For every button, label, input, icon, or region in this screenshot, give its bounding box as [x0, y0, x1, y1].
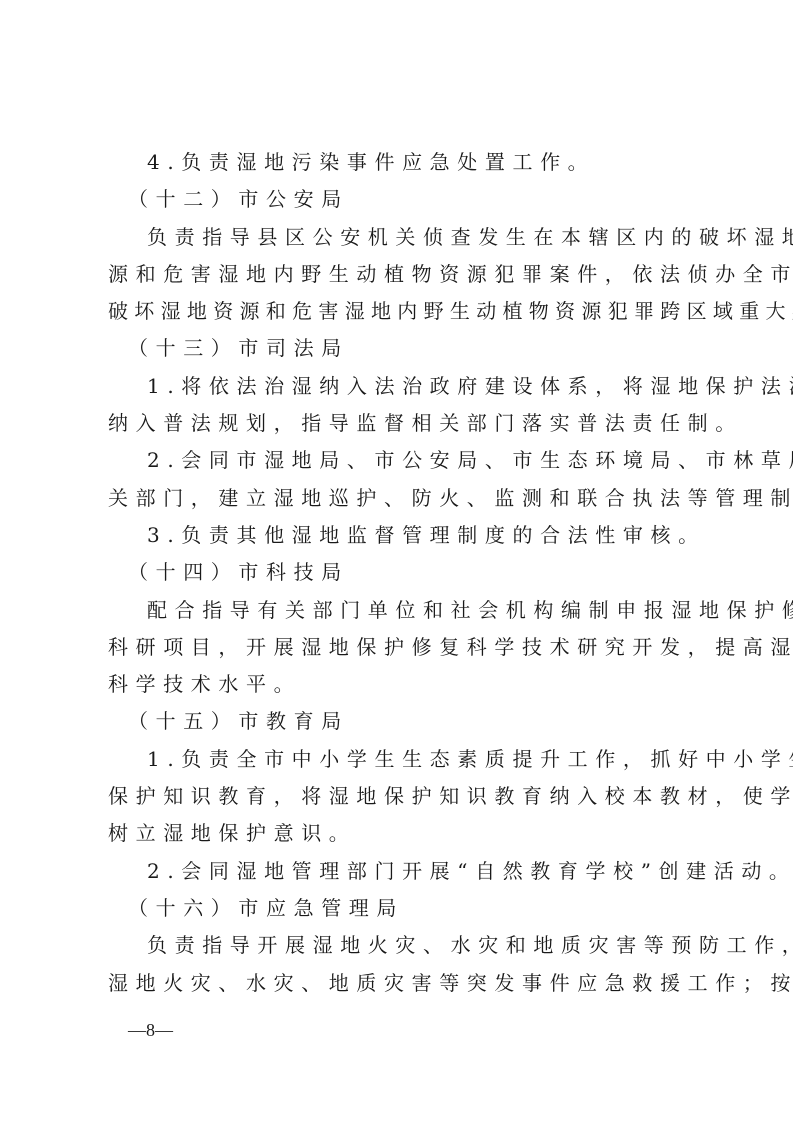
section-heading-science-technology: （十四）市科技局 — [108, 554, 698, 591]
paragraph-line: 科研项目，开展湿地保护修复科学技术研究开发，提高湿地保护 — [108, 629, 698, 666]
paragraph-line: 关部门，建立湿地巡护、防火、监测和联合执法等管理制度。 — [108, 480, 698, 517]
paragraph-line: 负责指导开展湿地火灾、水灾和地质灾害等预防工作，协调 — [108, 927, 698, 964]
section-heading-public-security: （十二）市公安局 — [108, 181, 698, 218]
paragraph-line: 科学技术水平。 — [108, 666, 698, 703]
list-item-pollution-emergency: 4.负责湿地污染事件应急处置工作。 — [108, 144, 698, 181]
page-number: —8— — [128, 1020, 173, 1041]
paragraph-line: 树立湿地保护意识。 — [108, 815, 698, 852]
document-page: 4.负责湿地污染事件应急处置工作。 （十二）市公安局 负责指导县区公安机关侦查发… — [0, 0, 793, 1122]
paragraph-line: 纳入普法规划，指导监督相关部门落实普法责任制。 — [108, 405, 698, 442]
paragraph-line: 保护知识教育，将湿地保护知识教育纳入校本教材，使学生从小 — [108, 778, 698, 815]
paragraph-line: 1.负责全市中小学生生态素质提升工作，抓好中小学生湿地 — [108, 741, 698, 778]
paragraph-line: 源和危害湿地内野生动植物资源犯罪案件，依法侦办全市辖区内 — [108, 256, 698, 293]
paragraph-line: 2.会同湿地管理部门开展“自然教育学校”创建活动。 — [108, 853, 698, 890]
section-heading-education: （十五）市教育局 — [108, 703, 698, 740]
paragraph-line: 1.将依法治湿纳入法治政府建设体系，将湿地保护法治宣传 — [108, 368, 698, 405]
paragraph-line: 破坏湿地资源和危害湿地内野生动植物资源犯罪跨区域重大案件。 — [108, 293, 698, 330]
document-body: 4.负责湿地污染事件应急处置工作。 （十二）市公安局 负责指导县区公安机关侦查发… — [108, 144, 698, 1002]
section-heading-justice: （十三）市司法局 — [108, 330, 698, 367]
paragraph-line: 配合指导有关部门单位和社会机构编制申报湿地保护修复 — [108, 592, 698, 629]
section-heading-emergency-management: （十六）市应急管理局 — [108, 890, 698, 927]
paragraph-line: 3.负责其他湿地监督管理制度的合法性审核。 — [108, 517, 698, 554]
paragraph-line: 2.会同市湿地局、市公安局、市生态环境局、市林草局等相 — [108, 442, 698, 479]
paragraph-line: 湿地火灾、水灾、地质灾害等突发事件应急救援工作；按照应急 — [108, 965, 698, 1002]
paragraph-line: 负责指导县区公安机关侦查发生在本辖区内的破坏湿地资 — [108, 219, 698, 256]
